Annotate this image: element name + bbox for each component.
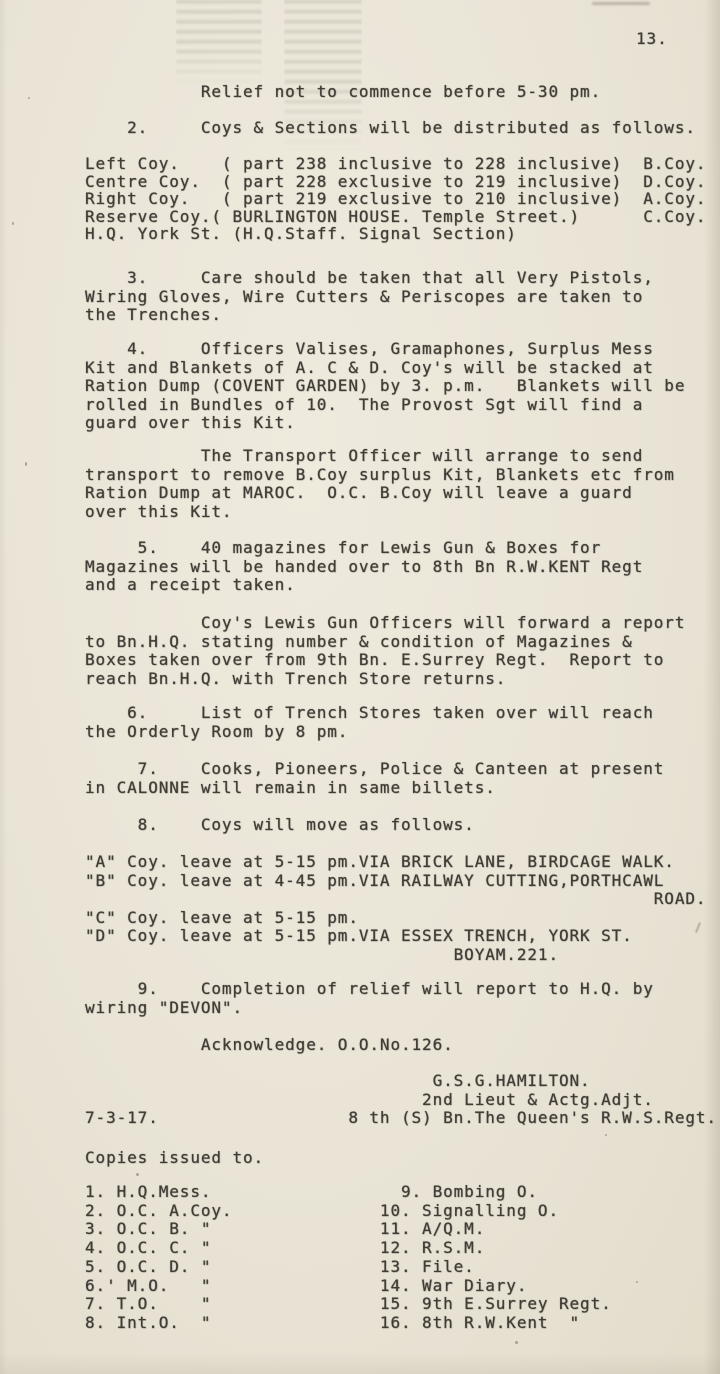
text-line: Kit and Blankets of A. C & D. Coy's will…: [85, 359, 685, 378]
text-line: 8. Coys will move as follows.: [85, 816, 475, 835]
ink-speck: [605, 1134, 607, 1136]
text-line: Coy's Lewis Gun Officers will forward a …: [85, 614, 685, 633]
ink-speck: [12, 222, 14, 225]
text-line: "D" Coy. leave at 5-15 pm.VIA ESSEX TREN…: [85, 927, 706, 946]
text-line: reach Bn.H.Q. with Trench Store returns.: [85, 670, 685, 689]
movement-list: "A" Coy. leave at 5-15 pm.VIA BRICK LANE…: [85, 853, 706, 965]
ink-speck: [515, 1341, 518, 1344]
pencil-smudge: [592, 2, 650, 5]
para-6: 6. List of Trench Stores taken over will…: [85, 704, 654, 741]
para-3: 3. Care should be taken that all Very Pi…: [85, 269, 654, 325]
text-line: "B" Coy. leave at 4-45 pm.VIA RAILWAY CU…: [85, 872, 706, 891]
text-line: 3. Care should be taken that all Very Pi…: [85, 269, 654, 288]
text-line: the Orderly Room by 8 pm.: [85, 723, 654, 742]
text-line: and a receipt taken.: [85, 576, 643, 595]
para-relief: Relief not to commence before 5-30 pm.: [85, 83, 601, 102]
copies-header: Copies issued to.: [85, 1149, 264, 1168]
text-line: rolled in Bundles of 10. The Provost Sgt…: [85, 396, 685, 415]
para-4: 4. Officers Valises, Gramaphones, Surplu…: [85, 340, 685, 433]
text-line: 8. Int.O. " 16. 8th R.W.Kent ": [85, 1314, 612, 1333]
text-line: Copies issued to.: [85, 1149, 264, 1168]
ink-speck: [28, 97, 30, 99]
para-transport: The Transport Officer will arrange to se…: [85, 447, 675, 521]
text-line: to Bn.H.Q. stating number & condition of…: [85, 633, 685, 652]
text-line: 3. O.C. B. " 11. A/Q.M.: [85, 1220, 612, 1239]
para-2: 2. Coys & Sections will be distributed a…: [85, 119, 696, 138]
text-line: Ration Dump at MAROC. O.C. B.Coy will le…: [85, 484, 675, 503]
text-line: ROAD.: [85, 890, 706, 909]
copies-list: 1. H.Q.Mess. 9. Bombing O.2. O.C. A.Coy.…: [85, 1183, 612, 1333]
acknowledge-line: Acknowledge. O.O.No.126.: [85, 1036, 454, 1055]
text-line: "A" Coy. leave at 5-15 pm.VIA BRICK LANE…: [85, 853, 706, 872]
text-line: G.S.G.HAMILTON.: [85, 1072, 717, 1091]
bleed-through-ghost: [176, 0, 262, 86]
para-5: 5. 40 magazines for Lewis Gun & Boxes fo…: [85, 539, 643, 595]
text-line: in CALONNE will remain in same billets.: [85, 779, 664, 798]
text-line: guard over this Kit.: [85, 414, 685, 433]
text-line: Wiring Gloves, Wire Cutters & Periscopes…: [85, 288, 654, 307]
text-line: Left Coy. ( part 238 inclusive to 228 in…: [85, 155, 706, 173]
text-line: 5. O.C. D. " 13. File.: [85, 1258, 612, 1277]
text-line: 1. H.Q.Mess. 9. Bombing O.: [85, 1183, 612, 1202]
text-line: 5. 40 magazines for Lewis Gun & Boxes fo…: [85, 539, 643, 558]
text-line: 13.: [636, 30, 668, 49]
text-line: the Trenches.: [85, 306, 654, 325]
text-line: Right Coy. ( part 219 exclusive to 210 i…: [85, 190, 706, 208]
ink-speck: [25, 462, 27, 466]
para-9: 9. Completion of relief will report to H…: [85, 980, 654, 1017]
ink-speck: [636, 1281, 638, 1283]
text-line: BOYAM.221.: [85, 946, 706, 965]
text-line: H.Q. York St. (H.Q.Staff. Signal Section…: [85, 225, 706, 243]
text-line: 7. Cooks, Pioneers, Police & Canteen at …: [85, 760, 664, 779]
ink-speck: [136, 1173, 139, 1176]
page-number: 13.: [636, 30, 668, 49]
text-line: 7-3-17. 8 th (S) Bn.The Queen's R.W.S.Re…: [85, 1109, 717, 1128]
text-line: 2. Coys & Sections will be distributed a…: [85, 119, 696, 138]
text-line: Ration Dump (COVENT GARDEN) by 3. p.m. B…: [85, 377, 685, 396]
para-7: 7. Cooks, Pioneers, Police & Canteen at …: [85, 760, 664, 797]
text-line: 4. O.C. C. " 12. R.S.M.: [85, 1239, 612, 1258]
text-line: transport to remove B.Coy surplus Kit, B…: [85, 466, 675, 485]
text-line: 2nd Lieut & Actg.Adjt.: [85, 1091, 717, 1110]
text-line: "C" Coy. leave at 5-15 pm.: [85, 909, 706, 928]
text-line: Acknowledge. O.O.No.126.: [85, 1036, 454, 1055]
text-line: 6. List of Trench Stores taken over will…: [85, 704, 654, 723]
distribution-table: Left Coy. ( part 238 inclusive to 228 in…: [85, 155, 706, 243]
text-line: 7. T.O. " 15. 9th E.Surrey Regt.: [85, 1295, 612, 1314]
text-line: The Transport Officer will arrange to se…: [85, 447, 675, 466]
text-line: Relief not to commence before 5-30 pm.: [85, 83, 601, 102]
signature-block: G.S.G.HAMILTON. 2nd Lieut & Actg.Adjt.7-…: [85, 1072, 717, 1128]
text-line: 4. Officers Valises, Gramaphones, Surplu…: [85, 340, 685, 359]
text-line: over this Kit.: [85, 503, 675, 522]
para-lewis: Coy's Lewis Gun Officers will forward a …: [85, 614, 685, 688]
document-page: 13. Relief not to commence before 5-30 p…: [0, 0, 720, 1374]
text-line: 2. O.C. A.Coy. 10. Signalling O.: [85, 1202, 612, 1221]
text-line: wiring "DEVON".: [85, 999, 654, 1018]
text-line: Centre Coy. ( part 228 exclusive to 219 …: [85, 173, 706, 191]
text-line: 9. Completion of relief will report to H…: [85, 980, 654, 999]
text-line: Boxes taken over from 9th Bn. E.Surrey R…: [85, 651, 685, 670]
para-8: 8. Coys will move as follows.: [85, 816, 475, 835]
text-line: Magazines will be handed over to 8th Bn …: [85, 558, 643, 577]
text-line: Reserve Coy.( BURLINGTON HOUSE. Temple S…: [85, 208, 706, 226]
text-line: 6.' M.O. " 14. War Diary.: [85, 1277, 612, 1296]
